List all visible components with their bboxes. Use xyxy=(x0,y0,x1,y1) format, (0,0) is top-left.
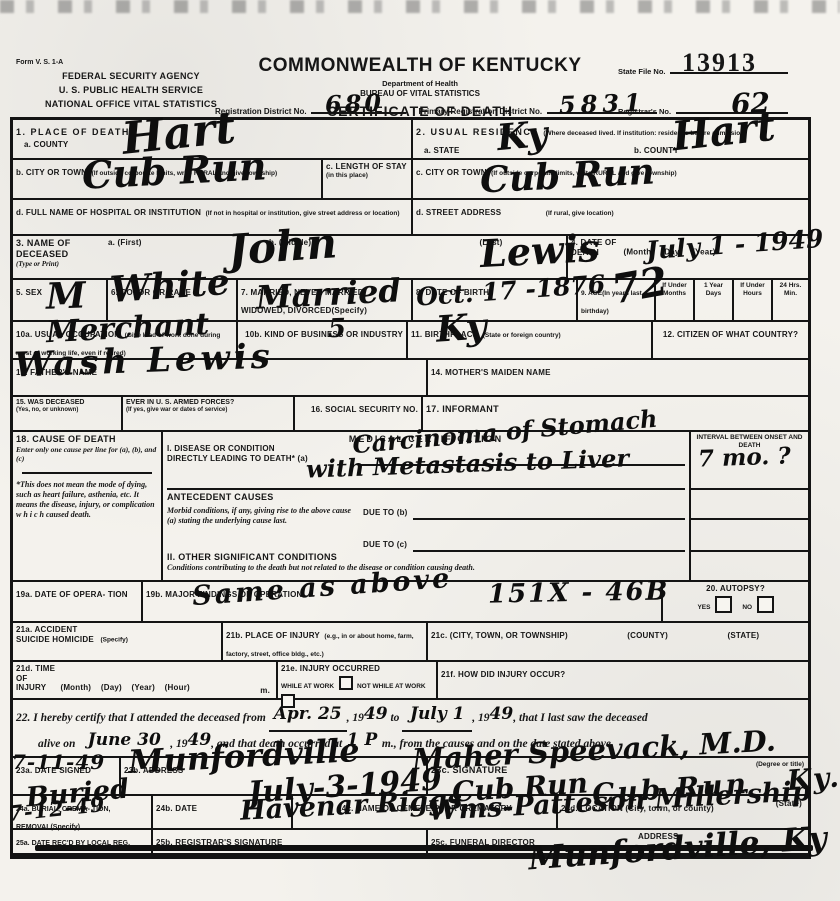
armed-label-1: 15. WAS DECEASED xyxy=(16,399,118,407)
field-place-of-injury: 21b. PLACE OF INJURY (e.g., in or about … xyxy=(223,623,428,660)
field-how-injury-occurred: 21f. HOW DID INJURY OCCUR? xyxy=(438,662,808,698)
hw-age: 72 xyxy=(609,261,671,310)
hw-marital: Married xyxy=(255,274,401,314)
age-sub4b: Min. xyxy=(776,290,805,298)
accident-label: 21a. ACCIDENT SUICIDE HOMICIDE xyxy=(16,625,96,644)
residence-state-label: a. STATE xyxy=(424,146,460,155)
age-sub4a: 24 Hrs. xyxy=(776,282,805,290)
operation-date-label: 19a. DATE OF OPERA- TION xyxy=(16,590,128,599)
residence-city-label: c. CITY OR TOWN xyxy=(416,168,487,177)
injury-how-label: 21f. HOW DID INJURY OCCUR? xyxy=(441,670,565,679)
agency-line-1: FEDERAL SECURITY AGENCY xyxy=(16,71,246,82)
other-conditions-label: II. OTHER SIGNIFICANT CONDITIONS xyxy=(167,552,337,563)
hw-birthplace: Ky xyxy=(435,308,488,347)
burial-date-label: 24b. DATE xyxy=(156,804,197,813)
while-at-work-checkbox xyxy=(339,676,353,690)
antecedent-label: ANTECEDENT CAUSES xyxy=(167,492,274,503)
accident-hint: (Specify) xyxy=(100,637,127,644)
certify-p1: 22. I hereby certify that I attended the… xyxy=(16,712,266,724)
certify-p6: alive on xyxy=(38,738,75,750)
disease-label-1: I. DISEASE OR CONDITION xyxy=(167,444,357,454)
field-age-hours: If Under Hours xyxy=(734,280,773,320)
state-file-no-label: State File No. xyxy=(618,67,666,76)
field-length-of-stay: c. LENGTH OF STAY (in this place) xyxy=(323,160,413,198)
field-injury-occurred: 21e. INJURY OCCURRED WHILE AT WORK NOT W… xyxy=(278,662,438,698)
name-label: 3. NAME OF DECEASED xyxy=(16,238,108,260)
age-sub2b: Days xyxy=(698,290,729,298)
injury-county-label: (COUNTY) xyxy=(627,631,668,640)
citizen-label: 12. CITIZEN OF WHAT COUNTRY? xyxy=(663,330,798,339)
certify-p3: to xyxy=(390,712,399,724)
field-cause-of-death: 18. CAUSE OF DEATH Enter only one cause … xyxy=(13,432,163,580)
length-of-stay-hint: (in this place) xyxy=(326,172,408,180)
field-autopsy: 20. AUTOPSY? YES NO xyxy=(663,582,808,621)
hw-race: White xyxy=(109,264,231,308)
injury-occurred-label: 21e. INJURY OCCURRED xyxy=(281,664,433,674)
due-to-c-label: DUE TO (c) xyxy=(363,540,407,550)
due-to-b-line xyxy=(413,518,685,520)
injury-not-while-label: NOT WHILE AT WORK xyxy=(357,683,426,690)
place-city-label: b. CITY OR TOWN xyxy=(16,168,87,177)
hw-residence-state: Ky xyxy=(496,116,550,156)
certify-p4: , 19 xyxy=(472,712,489,724)
hw-father-name: Wash Lewis xyxy=(13,339,274,382)
injury-time-cols: (Month) (Day) (Year) (Hour) xyxy=(60,683,189,692)
injury-state-label: (STATE) xyxy=(727,631,759,640)
injury-time-m: m. xyxy=(260,686,270,696)
hw-place-city: Cub Run xyxy=(81,147,267,195)
scan-noise-strip xyxy=(0,0,840,13)
hw-interval: 7 mo. ? xyxy=(698,444,792,470)
disease-label-2: DIRECTLY LEADING TO DEATH* xyxy=(167,454,295,463)
injury-time-label: 21d. TIME OF INJURY xyxy=(16,664,56,693)
hw-sex: M xyxy=(45,277,86,314)
certify-to-year: 49 xyxy=(490,704,514,724)
hw-business: 5 xyxy=(328,316,347,343)
state-file-no-field: State File No. 13913 xyxy=(618,61,828,79)
due-to-c-line xyxy=(413,550,685,552)
certify-p2: , 19 xyxy=(347,712,364,724)
cause-label: 18. CAUSE OF DEATH xyxy=(16,434,158,445)
field-age-days: 1 Year Days xyxy=(695,280,734,320)
armed-hint-1: (Yes, no, or unknown) xyxy=(16,407,118,414)
armed-hint-2: (If yes, give war or dates of service) xyxy=(126,407,290,414)
street-address-hint: (If rural, give location) xyxy=(546,210,614,217)
age-sub2a: 1 Year xyxy=(698,282,729,290)
cause-note-1: Enter only one cause per line for (a), (… xyxy=(16,445,158,464)
field-date-of-operation: 19a. DATE OF OPERA- TION xyxy=(13,582,143,621)
hospital-label: d. FULL NAME OF HOSPITAL OR INSTITUTION xyxy=(16,208,201,217)
state-file-no-value: 13913 xyxy=(682,48,757,78)
sex-label: 5. SEX xyxy=(16,288,42,297)
field-armed-forces-2: EVER IN U. S. ARMED FORCES? (If yes, giv… xyxy=(123,397,295,430)
field-citizen: 12. CITIZEN OF WHAT COUNTRY? xyxy=(653,322,808,358)
ssn-label: 16. SOCIAL SECURITY NO. xyxy=(311,405,418,414)
informant-label: 17. INFORMANT xyxy=(426,404,499,414)
death-certificate-scan: Form V. S. 1-A FEDERAL SECURITY AGENCY U… xyxy=(0,0,840,901)
street-address-label: d. STREET ADDRESS xyxy=(416,208,501,217)
autopsy-yes-checkbox xyxy=(715,596,732,613)
length-of-stay-label: c. LENGTH OF STAY xyxy=(326,162,408,172)
primary-district-value: 5831 xyxy=(558,90,646,117)
hospital-hint: (If not in hospital or institution, give… xyxy=(206,210,400,217)
age-sub3b: Hours xyxy=(737,290,768,298)
cause-note-2: *This does not mean the mode of dying, s… xyxy=(16,480,158,520)
hw-last-name: Lewis xyxy=(479,229,600,273)
autopsy-no-checkbox xyxy=(757,596,774,613)
due-to-b-label: DUE TO (b) xyxy=(363,508,408,518)
agency-line-2: U. S. PUBLIC HEALTH SERVICE xyxy=(16,85,246,96)
injury-place-label: 21b. PLACE OF INJURY xyxy=(226,631,320,640)
birthplace-hint: (State or foreign country) xyxy=(483,332,561,339)
autopsy-label: 20. AUTOPSY? xyxy=(666,584,805,594)
mother-label: 14. MOTHER'S MAIDEN NAME xyxy=(431,368,551,377)
hw-residence-county: Hart xyxy=(670,107,777,158)
bureau-vital-statistics: BUREAU OF VITAL STATISTICS xyxy=(255,89,585,99)
certify-to-value: July 1 xyxy=(410,704,465,724)
hw-date-signed: 7-11-49 xyxy=(12,752,105,772)
name-hint: (Type or Print) xyxy=(16,260,108,269)
certify-from-value: Apr. 25 xyxy=(274,704,342,724)
disease-a2-line xyxy=(167,488,685,490)
field-age-min: 24 Hrs. Min. xyxy=(773,280,808,320)
commonwealth-title: COMMONWEALTH OF KENTUCKY xyxy=(255,55,585,77)
certify-from-year: 49 xyxy=(364,704,388,724)
injury-while-at-work-label: WHILE AT WORK xyxy=(281,683,334,690)
armed-label-2: EVER IN U. S. ARMED FORCES? xyxy=(126,399,290,407)
hw-residence-city: Cub Run xyxy=(479,153,655,198)
field-time-of-injury: 21d. TIME OF INJURY (Month) (Day) (Year)… xyxy=(13,662,278,698)
certify-p5: , that I last saw the deceased xyxy=(513,712,648,724)
field-accident-suicide-homicide: 21a. ACCIDENT SUICIDE HOMICIDE (Specify) xyxy=(13,623,223,660)
hw-first-name: John xyxy=(227,222,339,271)
place-of-death-label: 1. PLACE OF DEATH xyxy=(16,127,130,137)
autopsy-no-label: NO xyxy=(742,604,752,611)
field-injury-city: 21c. (CITY, TOWN, OR TOWNSHIP) (COUNTY) … xyxy=(428,623,808,660)
field-armed-forces-1: 15. WAS DECEASED (Yes, no, or unknown) xyxy=(13,397,123,430)
injury-city-label: 21c. (CITY, TOWN, OR TOWNSHIP) xyxy=(431,631,568,640)
field-mothers-maiden-name: 14. MOTHER'S MAIDEN NAME xyxy=(428,360,808,395)
autopsy-yes-label: YES xyxy=(697,604,710,611)
dept-of-health: Department of Health xyxy=(255,79,585,88)
age-sub3a: If Under xyxy=(737,282,768,290)
field-hospital-name: d. FULL NAME OF HOSPITAL OR INSTITUTION … xyxy=(13,200,413,234)
morbid-note: Morbid conditions, if any, giving rise t… xyxy=(167,506,352,526)
form-number: Form V. S. 1-A xyxy=(16,59,246,67)
hw-findings-2: 151X - 46B xyxy=(488,578,670,607)
reg-district-value: 680 xyxy=(325,91,385,117)
